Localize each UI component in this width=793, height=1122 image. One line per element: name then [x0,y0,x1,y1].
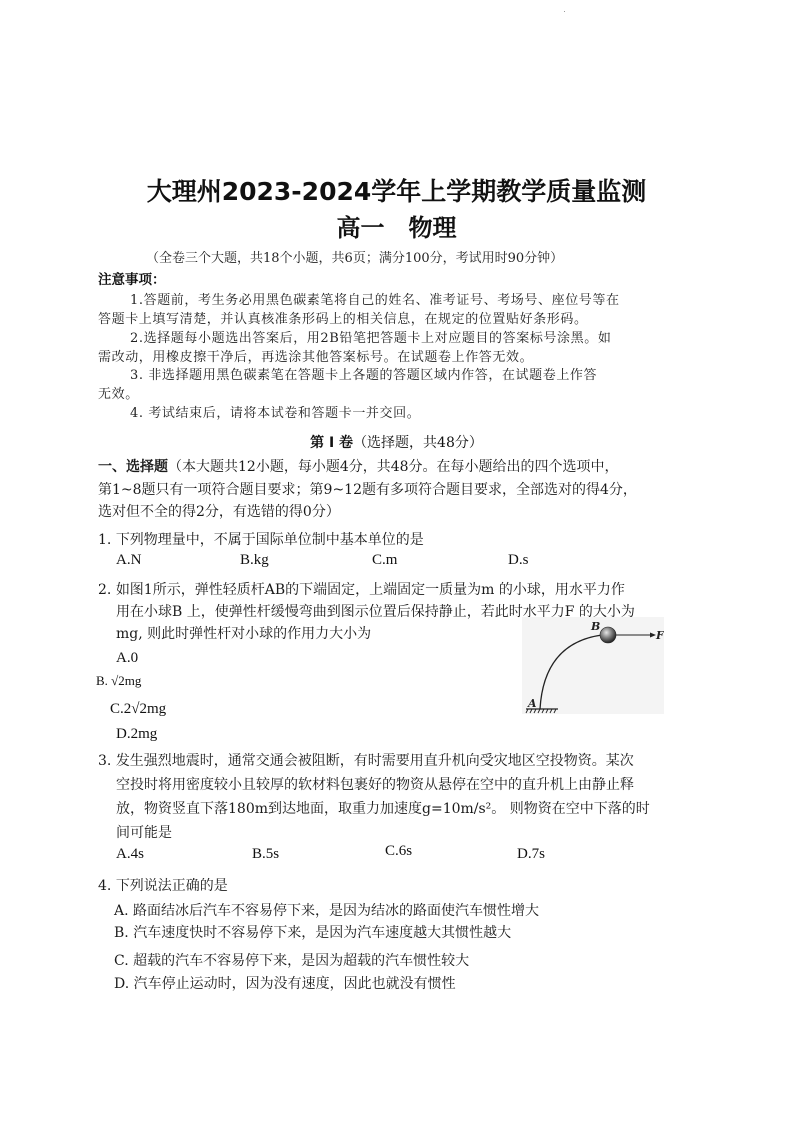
notice-item-2-line2: 需改动，用橡皮擦干净后，再选涂其他答案标号。在试题卷上作答无效。 [98,346,533,365]
question-1-option-b: B.kg [240,552,269,569]
part-description-line1: 一、选择题（本大题共12小题，每小题4分，共48分。在每小题给出的四个选项中， [98,456,619,476]
section-heading-rest: （选择题，共48分） [353,435,483,451]
question-2-option-c: C.2√2mg [110,701,166,718]
notice-heading: 注意事项： [98,268,166,288]
part-description-line3: 选对但不全的得2分，有选错的得0分） [98,501,340,521]
label-f: F [655,629,664,642]
section-heading: 第 I 卷（选择题，共48分） [0,432,793,452]
section-heading-bold: 第 I 卷 [310,435,353,451]
question-2-option-d: D.2mg [116,726,157,743]
notice-item-3-line1: 3. 非选择题用黑色碳素笔在答题卡上各题的答题区域内作答，在试题卷上作答 [130,364,597,383]
question-3-stem-line2: 空投时将用密度较小且较厚的软材料包裹好的物资从悬停在空中的直升机上由静止释 [116,774,634,794]
question-1-option-c: C.m [372,552,397,569]
question-4-option-b: B. 汽车速度快时不容易停下来，是因为汽车速度越大其惯性越大 [114,922,511,942]
notice-item-1-line2: 答题卡上填写清楚，并认真核准条形码上的相关信息，在规定的位置贴好条形码。 [98,308,588,327]
question-2-option-a: A.0 [116,650,138,667]
question-3-stem-line1: 3. 发生强烈地震时，通常交通会被阻断，有时需要用直升机向受灾地区空投物资。某次 [98,750,634,770]
page-title: 大理州2023-2024学年上学期教学质量监测 [0,172,793,208]
question-2-stem-line3: mg, 则此时弹性杆对小球的作用力大小为 [116,623,371,643]
question-3-option-a: A.4s [116,846,144,863]
elastic-rod-diagram: B F A [522,617,664,714]
question-3-option-d: D.7s [517,846,545,863]
question-2-stem-line1: 2. 如图1所示，弹性轻质杆AB的下端固定，上端固定一质量为m 的小球，用水平力… [98,579,625,599]
notice-item-1-line1: 1.答题前，考生务必用黑色碳素笔将自己的姓名、准考证号、考场号、座位号等在 [130,289,620,308]
question-3-stem-line3: 放，物资竖直下落180m到达地面，取重力加速度g=10m/s²。 则物资在空中下… [116,798,650,818]
question-3-option-c: C.6s [385,843,412,860]
notice-item-2-line1: 2.选择题每小题选出答案后，用2B铅笔把答题卡上对应题目的答案标号涂黑。如 [130,327,611,346]
notice-item-3-line2: 无效。 [98,383,139,402]
question-3-stem-line4: 间可能是 [116,822,172,842]
question-4-stem: 4. 下列说法正确的是 [98,875,228,895]
figure-1-elastic-rod: B F A [522,617,664,714]
question-1-stem: 1. 下列物理量中，不属于国际单位制中基本单位的是 [98,529,424,549]
question-3-option-b: B.5s [252,846,279,863]
scan-mark [564,11,565,12]
page-subtitle: 高一 物理 [0,208,793,243]
question-2-option-b: B. √2mg [96,673,141,689]
question-4-option-a: A. 路面结冰后汽车不容易停下来，是因为结冰的路面使汽车惯性增大 [114,900,539,920]
part-description-line2: 第1~8题只有一项符合题目要求；第9~12题有多项符合题目要求，全部选对的得4分… [98,479,637,499]
part-title: 一、选择题 [98,459,168,475]
exam-info: （全卷三个大题，共18个小题，共6页；满分100分，考试用时90分钟） [146,247,563,266]
question-4-option-c: C. 超载的汽车不容易停下来，是因为超载的汽车惯性较大 [114,950,469,970]
label-b: B [590,620,600,633]
question-4-option-d: D. 汽车停止运动时，因为没有速度，因此也就没有惯性 [114,973,456,993]
question-1-option-d: D.s [508,552,528,569]
notice-item-4-line1: 4. 考试结束后，请将本试卷和答题卡一并交回。 [130,402,420,421]
label-a: A [527,697,537,710]
question-1-option-a: A.N [116,552,141,569]
